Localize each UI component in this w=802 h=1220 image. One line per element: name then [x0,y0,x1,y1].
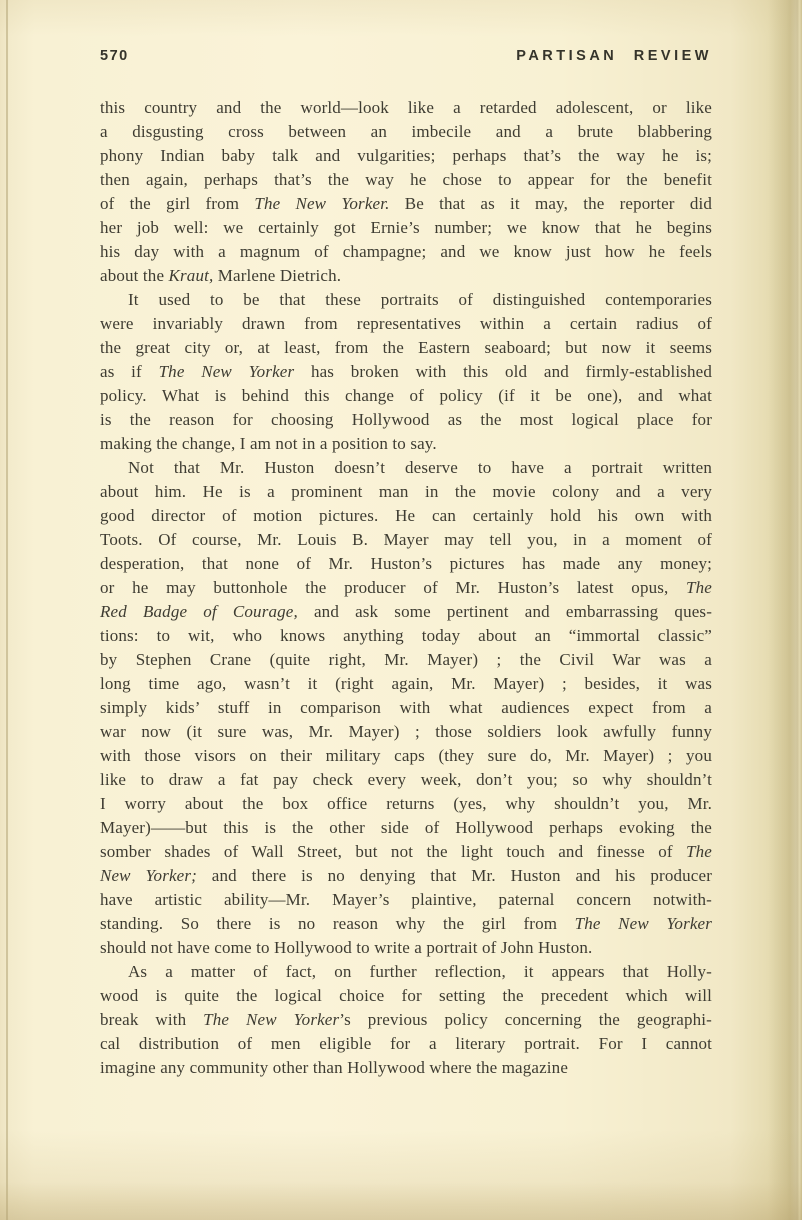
text-line: Red Badge of Courage, and ask some perti… [100,600,712,624]
text-line: should not have come to Hollywood to wri… [100,936,712,960]
text-line: cal distribution of men eligible for a l… [100,1032,712,1056]
text-line: Toots. Of course, Mr. Louis B. Mayer may… [100,528,712,552]
running-head: 570 PARTISAN REVIEW [100,48,712,66]
text-line: It used to be that these portraits of di… [100,288,712,312]
journal-title: PARTISAN REVIEW [516,48,712,64]
text-line: New Yorker; and there is no denying that… [100,864,712,888]
scanned-page: 570 PARTISAN REVIEW this country and the… [0,0,802,1220]
text-line: of the girl from The New Yorker. Be that… [100,192,712,216]
page-number: 570 [100,48,129,64]
text-line: with those visors on their military caps… [100,744,712,768]
text-line: a disgusting cross between an imbecile a… [100,120,712,144]
text-line: good director of motion pictures. He can… [100,504,712,528]
text-line: desperation, that none of Mr. Huston’s p… [100,552,712,576]
text-line: as if The New Yorker has broken with thi… [100,360,712,384]
text-line: her job well: we certainly got Ernie’s n… [100,216,712,240]
text-line: making the change, I am not in a positio… [100,432,712,456]
text-line: like to draw a fat pay check every week,… [100,768,712,792]
text-line: I worry about the box office returns (ye… [100,792,712,816]
text-line: tions: to wit, who knows anything today … [100,624,712,648]
text-line: Not that Mr. Huston doesn’t deserve to h… [100,456,712,480]
page-content: 570 PARTISAN REVIEW this country and the… [100,48,712,1080]
text-line: by Stephen Crane (quite right, Mr. Mayer… [100,648,712,672]
scan-shadow-bottom [0,1182,802,1220]
text-line: is the reason for choosing Hollywood as … [100,408,712,432]
text-line: policy. What is behind this change of po… [100,384,712,408]
text-line: the great city or, at least, from the Ea… [100,336,712,360]
text-line: about the Kraut, Marlene Dietrich. [100,264,712,288]
text-line: somber shades of Wall Street, but not th… [100,840,712,864]
text-line: his day with a magnum of champagne; and … [100,240,712,264]
text-line: Mayer)——but this is the other side of Ho… [100,816,712,840]
text-line: phony Indian baby talk and vulgarities; … [100,144,712,168]
text-line: imagine any community other than Hollywo… [100,1056,712,1080]
scan-edge-left [6,0,8,1220]
text-line: break with The New Yorker’s previous pol… [100,1008,712,1032]
text-line: this country and the world—look like a r… [100,96,712,120]
text-line: standing. So there is no reason why the … [100,912,712,936]
text-line: wood is quite the logical choice for set… [100,984,712,1008]
text-line: As a matter of fact, on further reflecti… [100,960,712,984]
paragraph: this country and the world—look like a r… [100,96,712,288]
article-body: this country and the world—look like a r… [100,96,712,1080]
text-line: about him. He is a prominent man in the … [100,480,712,504]
text-line: have artistic ability—Mr. Mayer’s plaint… [100,888,712,912]
paragraph: Not that Mr. Huston doesn’t deserve to h… [100,456,712,960]
text-line: war now (it sure was, Mr. Mayer) ; those… [100,720,712,744]
text-line: simply kids’ stuff in comparison with wh… [100,696,712,720]
paragraph: As a matter of fact, on further reflecti… [100,960,712,1080]
text-line: were invariably drawn from representativ… [100,312,712,336]
text-line: then again, perhaps that’s the way he ch… [100,168,712,192]
text-line: or he may buttonhole the producer of Mr.… [100,576,712,600]
scan-edge-right [768,0,802,1220]
text-line: long time ago, wasn’t it (right again, M… [100,672,712,696]
paragraph: It used to be that these portraits of di… [100,288,712,456]
